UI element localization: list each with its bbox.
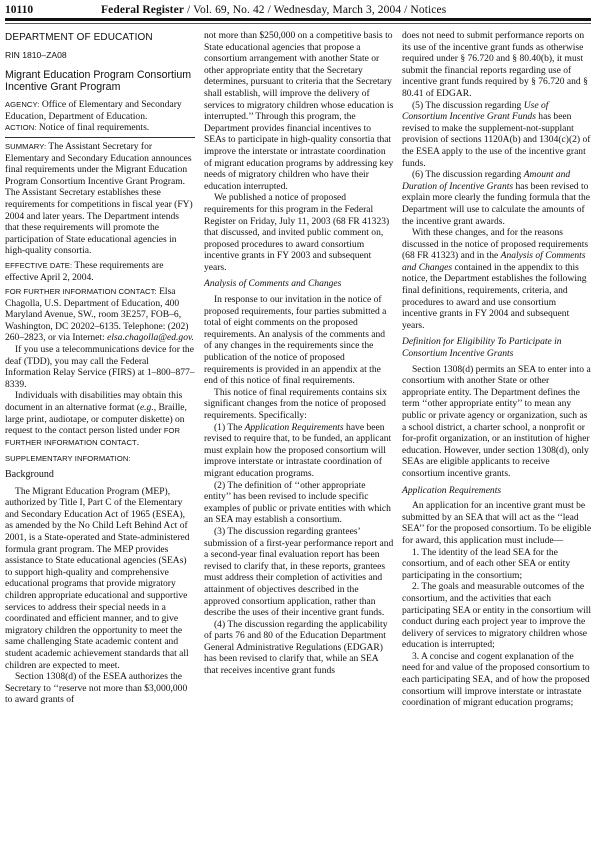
paragraph: Section 1308(d) permits an SEA to enter …	[402, 364, 592, 480]
requirement-item-2: 2. The goals and measurable outcomes of …	[402, 581, 592, 651]
paragraph: This notice of final requirements contai…	[204, 387, 394, 422]
application-requirements-heading: Application Requirements	[402, 485, 592, 497]
header-rule-thin	[5, 23, 591, 24]
summary-label: SUMMARY:	[5, 142, 46, 151]
running-header: 10110 Federal Register / Vol. 69, No. 42…	[5, 4, 591, 18]
column-1: DEPARTMENT OF EDUCATION RIN 1810–ZA08 Mi…	[5, 30, 195, 706]
background-heading: Background	[5, 469, 195, 481]
volume-info: / Vol. 69, No. 42 / Wednesday, March 3, …	[184, 4, 446, 16]
tdd-paragraph: If you use a telecommunications device f…	[5, 344, 195, 390]
requirement-item-1: 1. The identity of the lead SEA for the …	[402, 547, 592, 582]
contact-paragraph: FOR FURTHER INFORMATION CONTACT: Elsa Ch…	[5, 286, 195, 344]
agency-line: AGENCY: Office of Elementary and Seconda…	[5, 99, 195, 122]
change-item-5: (5) The discussion regarding Use of Cons…	[402, 100, 592, 170]
rin-number: RIN 1810–ZA08	[5, 50, 195, 62]
agency-label: AGENCY:	[5, 100, 39, 109]
column-3: does not need to submit performance repo…	[402, 30, 592, 709]
background-paragraph-1: The Migrant Education Program (MEP), aut…	[5, 486, 195, 672]
running-head: Federal Register / Vol. 69, No. 42 / Wed…	[101, 4, 446, 16]
contact-label: FOR FURTHER INFORMATION CONTACT:	[5, 287, 157, 296]
document-title: Migrant Education Program Consortium Inc…	[5, 69, 195, 93]
change-item-3: (3) The discussion regarding grantees’ s…	[204, 526, 394, 619]
change-item-1: (1) The Application Requirements have be…	[204, 422, 394, 480]
definition-heading: Definition for Eligibility To Participat…	[402, 336, 592, 359]
requirement-item-3: 3. A concise and cogent explanation of t…	[402, 651, 592, 709]
paragraph: not more than $250,000 on a competitive …	[204, 30, 394, 192]
summary-paragraph: SUMMARY: The Assistant Secretary for Ele…	[5, 141, 195, 257]
paragraph: does not need to submit performance repo…	[402, 30, 592, 100]
change-item-6: (6) The discussion regarding Amount and …	[402, 169, 592, 227]
paragraph: With these changes, and for the reasons …	[402, 227, 592, 331]
paragraph: In response to our invitation in the not…	[204, 294, 394, 387]
supplementary-label: SUPPLEMENTARY INFORMATION:	[5, 454, 131, 463]
action-label: ACTION:	[5, 123, 37, 132]
header-rule-thick	[5, 18, 591, 21]
agency-heading: DEPARTMENT OF EDUCATION	[5, 32, 195, 44]
paragraph: We published a notice of proposed requir…	[204, 192, 394, 273]
analysis-heading: Analysis of Comments and Changes	[204, 278, 394, 290]
background-paragraph-2: Section 1308(d) of the ESEA authorizes t…	[5, 671, 195, 706]
action-line: ACTION: Notice of final requirements.	[5, 122, 195, 138]
effective-date-label: EFFECTIVE DATE:	[5, 261, 72, 270]
paragraph: An application for an incentive grant mu…	[402, 500, 592, 546]
column-2: not more than $250,000 on a competitive …	[204, 30, 394, 677]
supplementary-info: SUPPLEMENTARY INFORMATION:	[5, 453, 195, 465]
effective-date: EFFECTIVE DATE: These requirements are e…	[5, 260, 195, 283]
alt-format-paragraph: Individuals with disabilities may obtain…	[5, 390, 195, 448]
change-item-2: (2) The definition of ‘‘other appropriat…	[204, 480, 394, 526]
page-number: 10110	[5, 4, 33, 16]
contact-email[interactable]: elsa.chagolla@ed.gov.	[107, 332, 194, 343]
publication-name: Federal Register	[101, 4, 184, 16]
change-item-4: (4) The discussion regarding the applica…	[204, 619, 394, 677]
